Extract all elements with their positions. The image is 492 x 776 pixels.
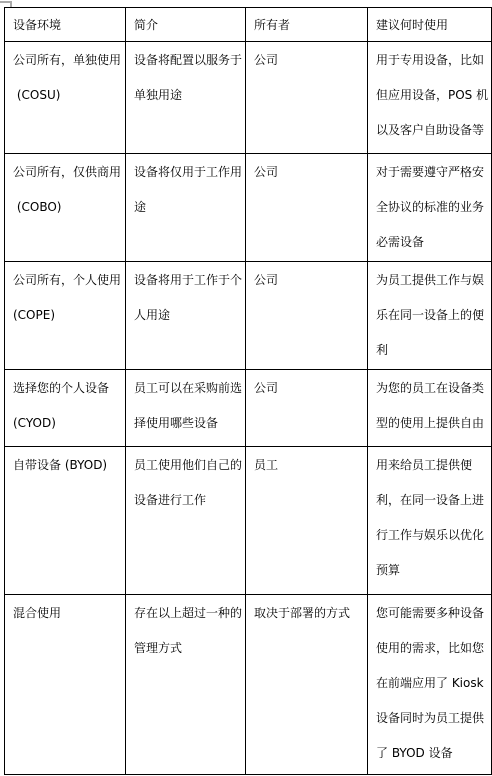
table-row: 公司所有，仅供商用 (COBO) 设备将仅用于工作用 途 公司 对于需要遵守严格… xyxy=(5,154,492,262)
cell-when-to-use: 为您的员工在设备类 型的使用上提供自由 xyxy=(368,370,492,447)
cell-intro: 员工使用他们自己的 设备进行工作 xyxy=(126,447,246,595)
cell-environment: 选择您的个人设备 (CYOD) xyxy=(5,370,126,447)
cell-owner: 公司 xyxy=(246,370,368,447)
cell-intro: 设备将用于工作于个 人用途 xyxy=(126,262,246,370)
cell-owner: 员工 xyxy=(246,447,368,595)
cell-owner: 公司 xyxy=(246,154,368,262)
table-row: 自带设备 (BYOD) 员工使用他们自己的 设备进行工作 员工 用来给员工提供便… xyxy=(5,447,492,595)
document-page: 设备环境 简介 所有者 建议何时使用 公司所有，单独使用 (COSU) 设备将配… xyxy=(0,0,492,776)
table-row: 公司所有，个人使用 (COPE) 设备将用于工作于个 人用途 公司 为员工提供工… xyxy=(5,262,492,370)
table-row: 公司所有，单独使用 (COSU) 设备将配置以服务于 单独用途 公司 用于专用设… xyxy=(5,42,492,154)
cell-owner: 公司 xyxy=(246,262,368,370)
cell-when-to-use: 用来给员工提供便 利，在同一设备上进 行工作与娱乐以优化 预算 xyxy=(368,447,492,595)
cell-when-to-use: 用于专用设备，比如 但应用设备，POS 机 以及客户自助设备等 xyxy=(368,42,492,154)
cell-intro: 员工可以在采购前选 择使用哪些设备 xyxy=(126,370,246,447)
cell-environment: 公司所有，仅供商用 (COBO) xyxy=(5,154,126,262)
cell-environment: 自带设备 (BYOD) xyxy=(5,447,126,595)
cell-intro: 存在以上超过一种的 管理方式 xyxy=(126,595,246,775)
table-row: 选择您的个人设备 (CYOD) 员工可以在采购前选 择使用哪些设备 公司 为您的… xyxy=(5,370,492,447)
cell-owner: 取决于部署的方式 xyxy=(246,595,368,775)
device-environment-table: 设备环境 简介 所有者 建议何时使用 公司所有，单独使用 (COSU) 设备将配… xyxy=(4,7,492,775)
cell-when-to-use: 对于需要遵守严格安 全协议的标准的业务 必需设备 xyxy=(368,154,492,262)
table-header-row: 设备环境 简介 所有者 建议何时使用 xyxy=(5,8,492,42)
column-header-owner: 所有者 xyxy=(246,8,368,42)
cell-environment: 混合使用 xyxy=(5,595,126,775)
table-move-handle-icon[interactable] xyxy=(0,1,12,7)
cell-intro: 设备将仅用于工作用 途 xyxy=(126,154,246,262)
cell-environment: 公司所有，个人使用 (COPE) xyxy=(5,262,126,370)
column-header-when-to-use: 建议何时使用 xyxy=(368,8,492,42)
cell-intro: 设备将配置以服务于 单独用途 xyxy=(126,42,246,154)
cell-when-to-use: 您可能需要多种设备 使用的需求，比如您 在前端应用了 Kiosk 设备同时为员工… xyxy=(368,595,492,775)
column-header-environment: 设备环境 xyxy=(5,8,126,42)
cell-when-to-use: 为员工提供工作与娱 乐在同一设备上的便 利 xyxy=(368,262,492,370)
table-row: 混合使用 存在以上超过一种的 管理方式 取决于部署的方式 您可能需要多种设备 使… xyxy=(5,595,492,775)
column-header-intro: 简介 xyxy=(126,8,246,42)
cell-environment: 公司所有，单独使用 (COSU) xyxy=(5,42,126,154)
cell-owner: 公司 xyxy=(246,42,368,154)
